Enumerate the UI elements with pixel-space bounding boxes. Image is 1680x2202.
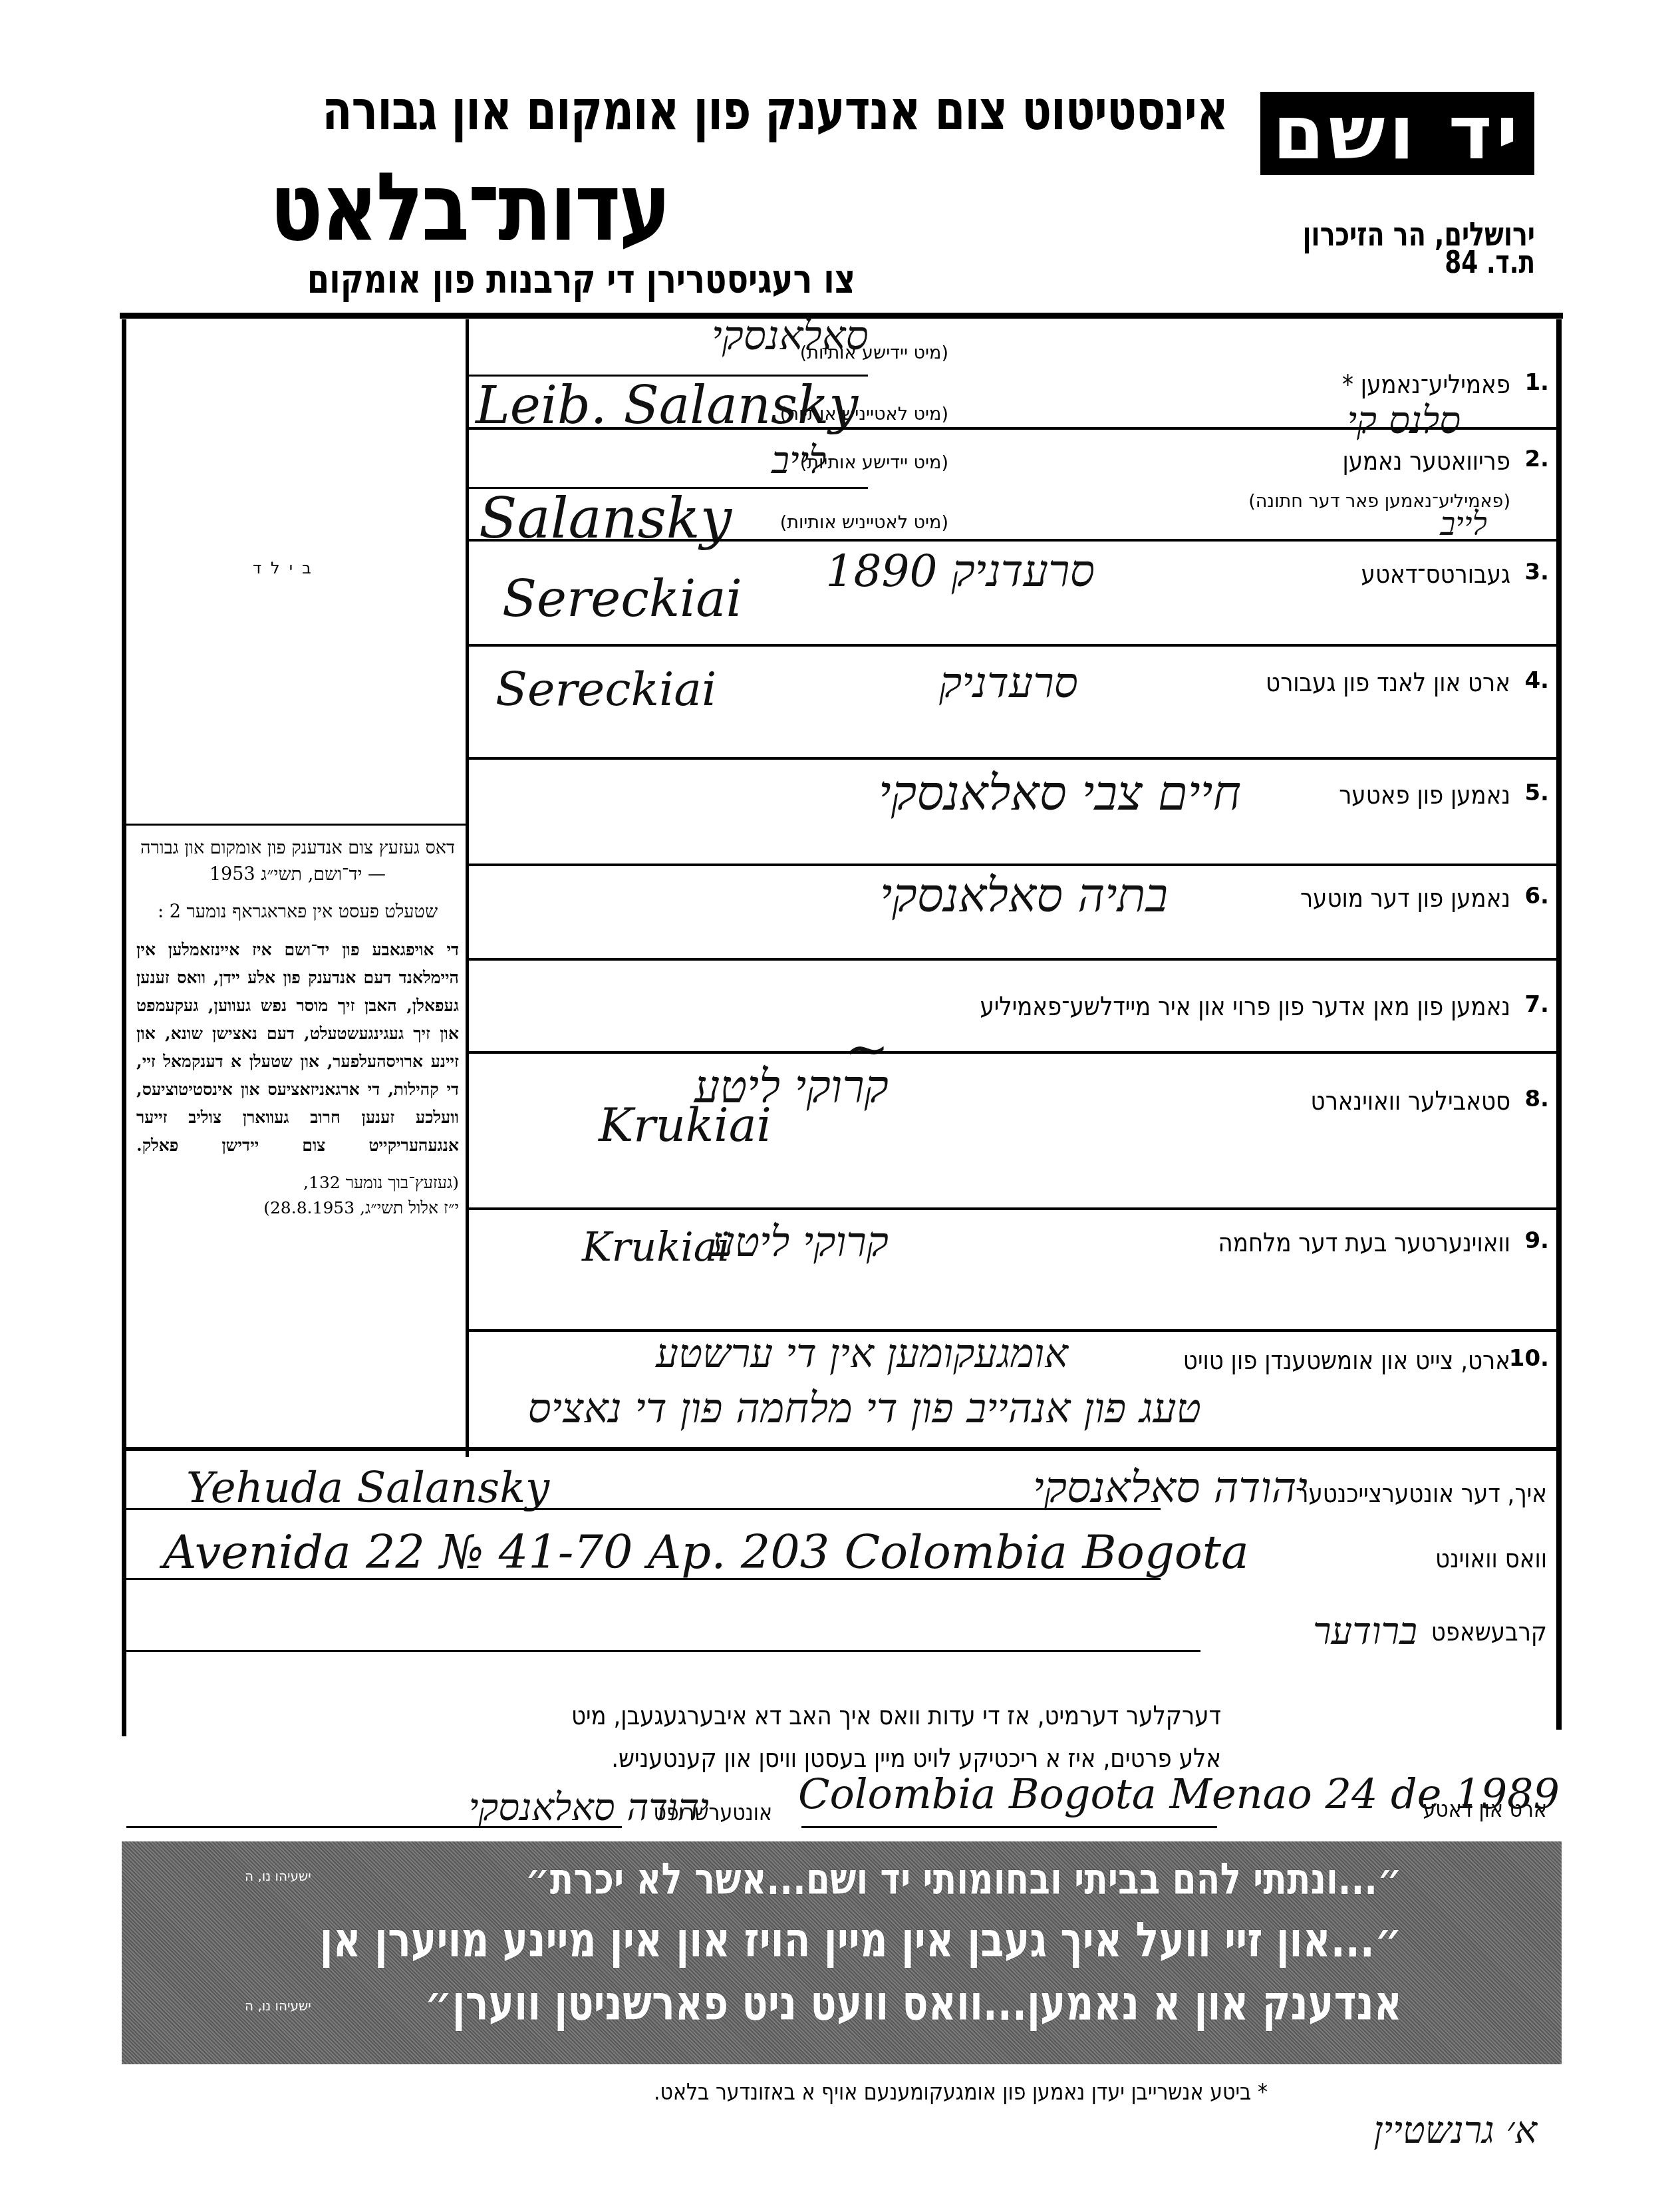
law-reference-line-1: (געזעץ־בוך נומער 132, (303, 1173, 459, 1192)
field-1-bottom-rule (469, 427, 1556, 430)
declarant-address-value: Avenida 22 № 41-70 Ap. 203 Colombia Bogo… (163, 1525, 1249, 1579)
field-6-handwritten: בתיה סאלאנסקי (880, 868, 1168, 923)
quote-line-1-source: ישעיהו נו, ה (245, 1868, 311, 1884)
field-2-handwritten-extra: לייב (1440, 506, 1487, 543)
field-2-handwritten-yiddish: לייב (771, 439, 827, 482)
declarant-name-line (126, 1508, 1161, 1510)
place-date-line (801, 1826, 1217, 1828)
field-1-handwritten-extra: סלנס קי (1347, 399, 1461, 442)
field-1-handwritten-yiddish: סאלאנסקי (712, 313, 869, 359)
field-6-number: 6. (1524, 883, 1549, 909)
field-3-label: געבורטס־דאטע (1361, 559, 1510, 589)
field-9-handwritten-latin: Krukiai (582, 1224, 730, 1271)
declarant-name-label: איך, דער אונטערצייכנטער (1296, 1478, 1547, 1509)
relation-value: ברודער (1313, 1610, 1417, 1653)
field-4-number: 4. (1524, 667, 1549, 694)
field-8-handwritten-latin: Krukiai (599, 1098, 771, 1152)
field-4-bottom-rule (469, 757, 1556, 760)
field-7-number: 7. (1524, 991, 1549, 1018)
relation-line (126, 1650, 1200, 1652)
declarant-name-yiddish: יהודה סאלאנסקי (1033, 1464, 1308, 1513)
bottom-handwritten-note: א׳ גרנשטיין (1373, 2109, 1537, 2152)
law-citation-box: דאס געזעץ צום אנדענק פון אומקום און גבור… (136, 835, 459, 1231)
field-7-label: נאמען פון מאן אדער פון פרוי און איר מייד… (980, 991, 1510, 1022)
frame-right-border (1556, 319, 1562, 1730)
photo-column-divider (466, 319, 469, 1457)
field-9-number: 9. (1524, 1227, 1549, 1254)
field-2-number: 2. (1524, 446, 1549, 472)
page-subtitle: צו רעגיסטרירן די קרבנות פון אומקום (307, 256, 855, 303)
signature-line (126, 1826, 622, 1828)
field-1-number: 1. (1524, 369, 1549, 396)
declaration-line-1: דערקלער דערמיט, אז די עדות וואס איך האב … (571, 1700, 1221, 1731)
declarant-address-line (126, 1578, 1161, 1580)
field-5-handwritten: חיים צבי סאלאנסקי (879, 765, 1241, 822)
signature-value: יהודה סאלאנסקי (469, 1786, 709, 1829)
address-line-2: ת.ד. 84 (1445, 245, 1535, 280)
field-4-handwritten-latin: Sereckiai (495, 662, 716, 716)
law-title: דאס געזעץ צום אנדענק פון אומקום און גבור… (136, 835, 459, 888)
field-10-label: ארט, צייט און אומשטענדן פון טויט (1183, 1345, 1510, 1376)
place-date-value: Colombia Bogota Menao 24 de 1989 (798, 1770, 1560, 1818)
field-6-label: נאמען פון דער מוטער (1300, 883, 1510, 913)
declarant-address-label: וואס וואוינט (1435, 1543, 1547, 1574)
field-2-sublabel-latin: (מיט לאטייניש אותיות) (780, 512, 948, 533)
field-10-bottom-rule (126, 1447, 1556, 1451)
field-4-handwritten: סרעדניק (939, 659, 1078, 708)
yad-vashem-logo: יד ושם (1260, 92, 1534, 175)
field-2-label: פריוואטער נאמען (1342, 446, 1510, 476)
field-10-handwritten-line-1: אומגעקומען אין די ערשטע (656, 1331, 1068, 1377)
field-2-bottom-rule (469, 539, 1556, 542)
field-5-number: 5. (1524, 780, 1549, 806)
field-5-label: נאמען פון פאטער (1339, 780, 1510, 810)
field-3-handwritten-latin: Sereckiai (502, 569, 742, 628)
quote-line-2: ״...און זיי וועל איך געבן אין מיין הויז … (320, 1911, 1402, 1968)
field-7-bottom-rule (469, 1051, 1556, 1054)
law-reference-line-2: י״ז אלול תשי״ג, 28.8.1953) (263, 1198, 459, 1217)
field-3-handwritten: סרעדניק 1890 (826, 546, 1095, 597)
field-6-bottom-rule (469, 958, 1556, 961)
declarant-name-latin: Yehuda Salansky (186, 1464, 549, 1513)
field-8-bottom-rule (469, 1207, 1556, 1210)
field-3-bottom-rule (469, 644, 1556, 647)
field-10-handwritten-line-2: טעג פון אנהייב פון די מלחמה פון די נאציס (527, 1384, 1201, 1433)
law-reference: (געזעץ־בוך נומער 132, י״ז אלול תשי״ג, 28… (136, 1170, 459, 1221)
footnote: * ביטע אנשרייבן יעדן נאמען פון אומגעקומע… (654, 2079, 1268, 2106)
field-4-label: ארט און לאנד פון געבורט (1266, 667, 1510, 698)
quote-line-3-source: ישעיהו נו, ה (245, 1998, 311, 2014)
quote-line-1: ״...ונתתי להם בביתי ובחומותי יד ושם...אש… (525, 1855, 1402, 1905)
field-9-handwritten: קרוקי ליטע (712, 1217, 889, 1267)
field-8-number: 8. (1524, 1086, 1549, 1112)
quote-line-3: אנדענק און א נאמען...וואס וועט ניט פארשנ… (425, 1974, 1402, 2031)
field-10-number: 10. (1509, 1345, 1549, 1372)
field-1-label: פאמיליע־נאמען * (1342, 369, 1510, 400)
photo-placeholder-label: בילד (253, 559, 321, 577)
frame-left-border-lower (122, 1457, 126, 1736)
field-9-label: וואוינערטער בעת דער מלחמה (1218, 1227, 1510, 1258)
page-title: עדות־בלאט (270, 152, 669, 262)
institute-name: אינסטיטוט צום אנדענק פון אומקום און גבור… (322, 79, 1228, 142)
relation-label: קרבעשאפט (1431, 1617, 1547, 1647)
law-paragraph-ref: שטעלט פעסט אין פאראגראף נומער 2 : (136, 899, 459, 925)
frame-left-border (122, 319, 126, 1457)
field-3-number: 3. (1524, 559, 1549, 585)
photo-box-bottom-rule (126, 824, 466, 826)
field-8-label: סטאבילער וואוינארט (1311, 1086, 1510, 1116)
field-5-bottom-rule (469, 864, 1556, 866)
quote-band: ״...ונתתי להם בביתי ובחומותי יד ושם...אש… (122, 1841, 1562, 2064)
law-body-text: די אויפגאבע פון יד־ושם איז איינזאמלען אי… (136, 936, 459, 1160)
